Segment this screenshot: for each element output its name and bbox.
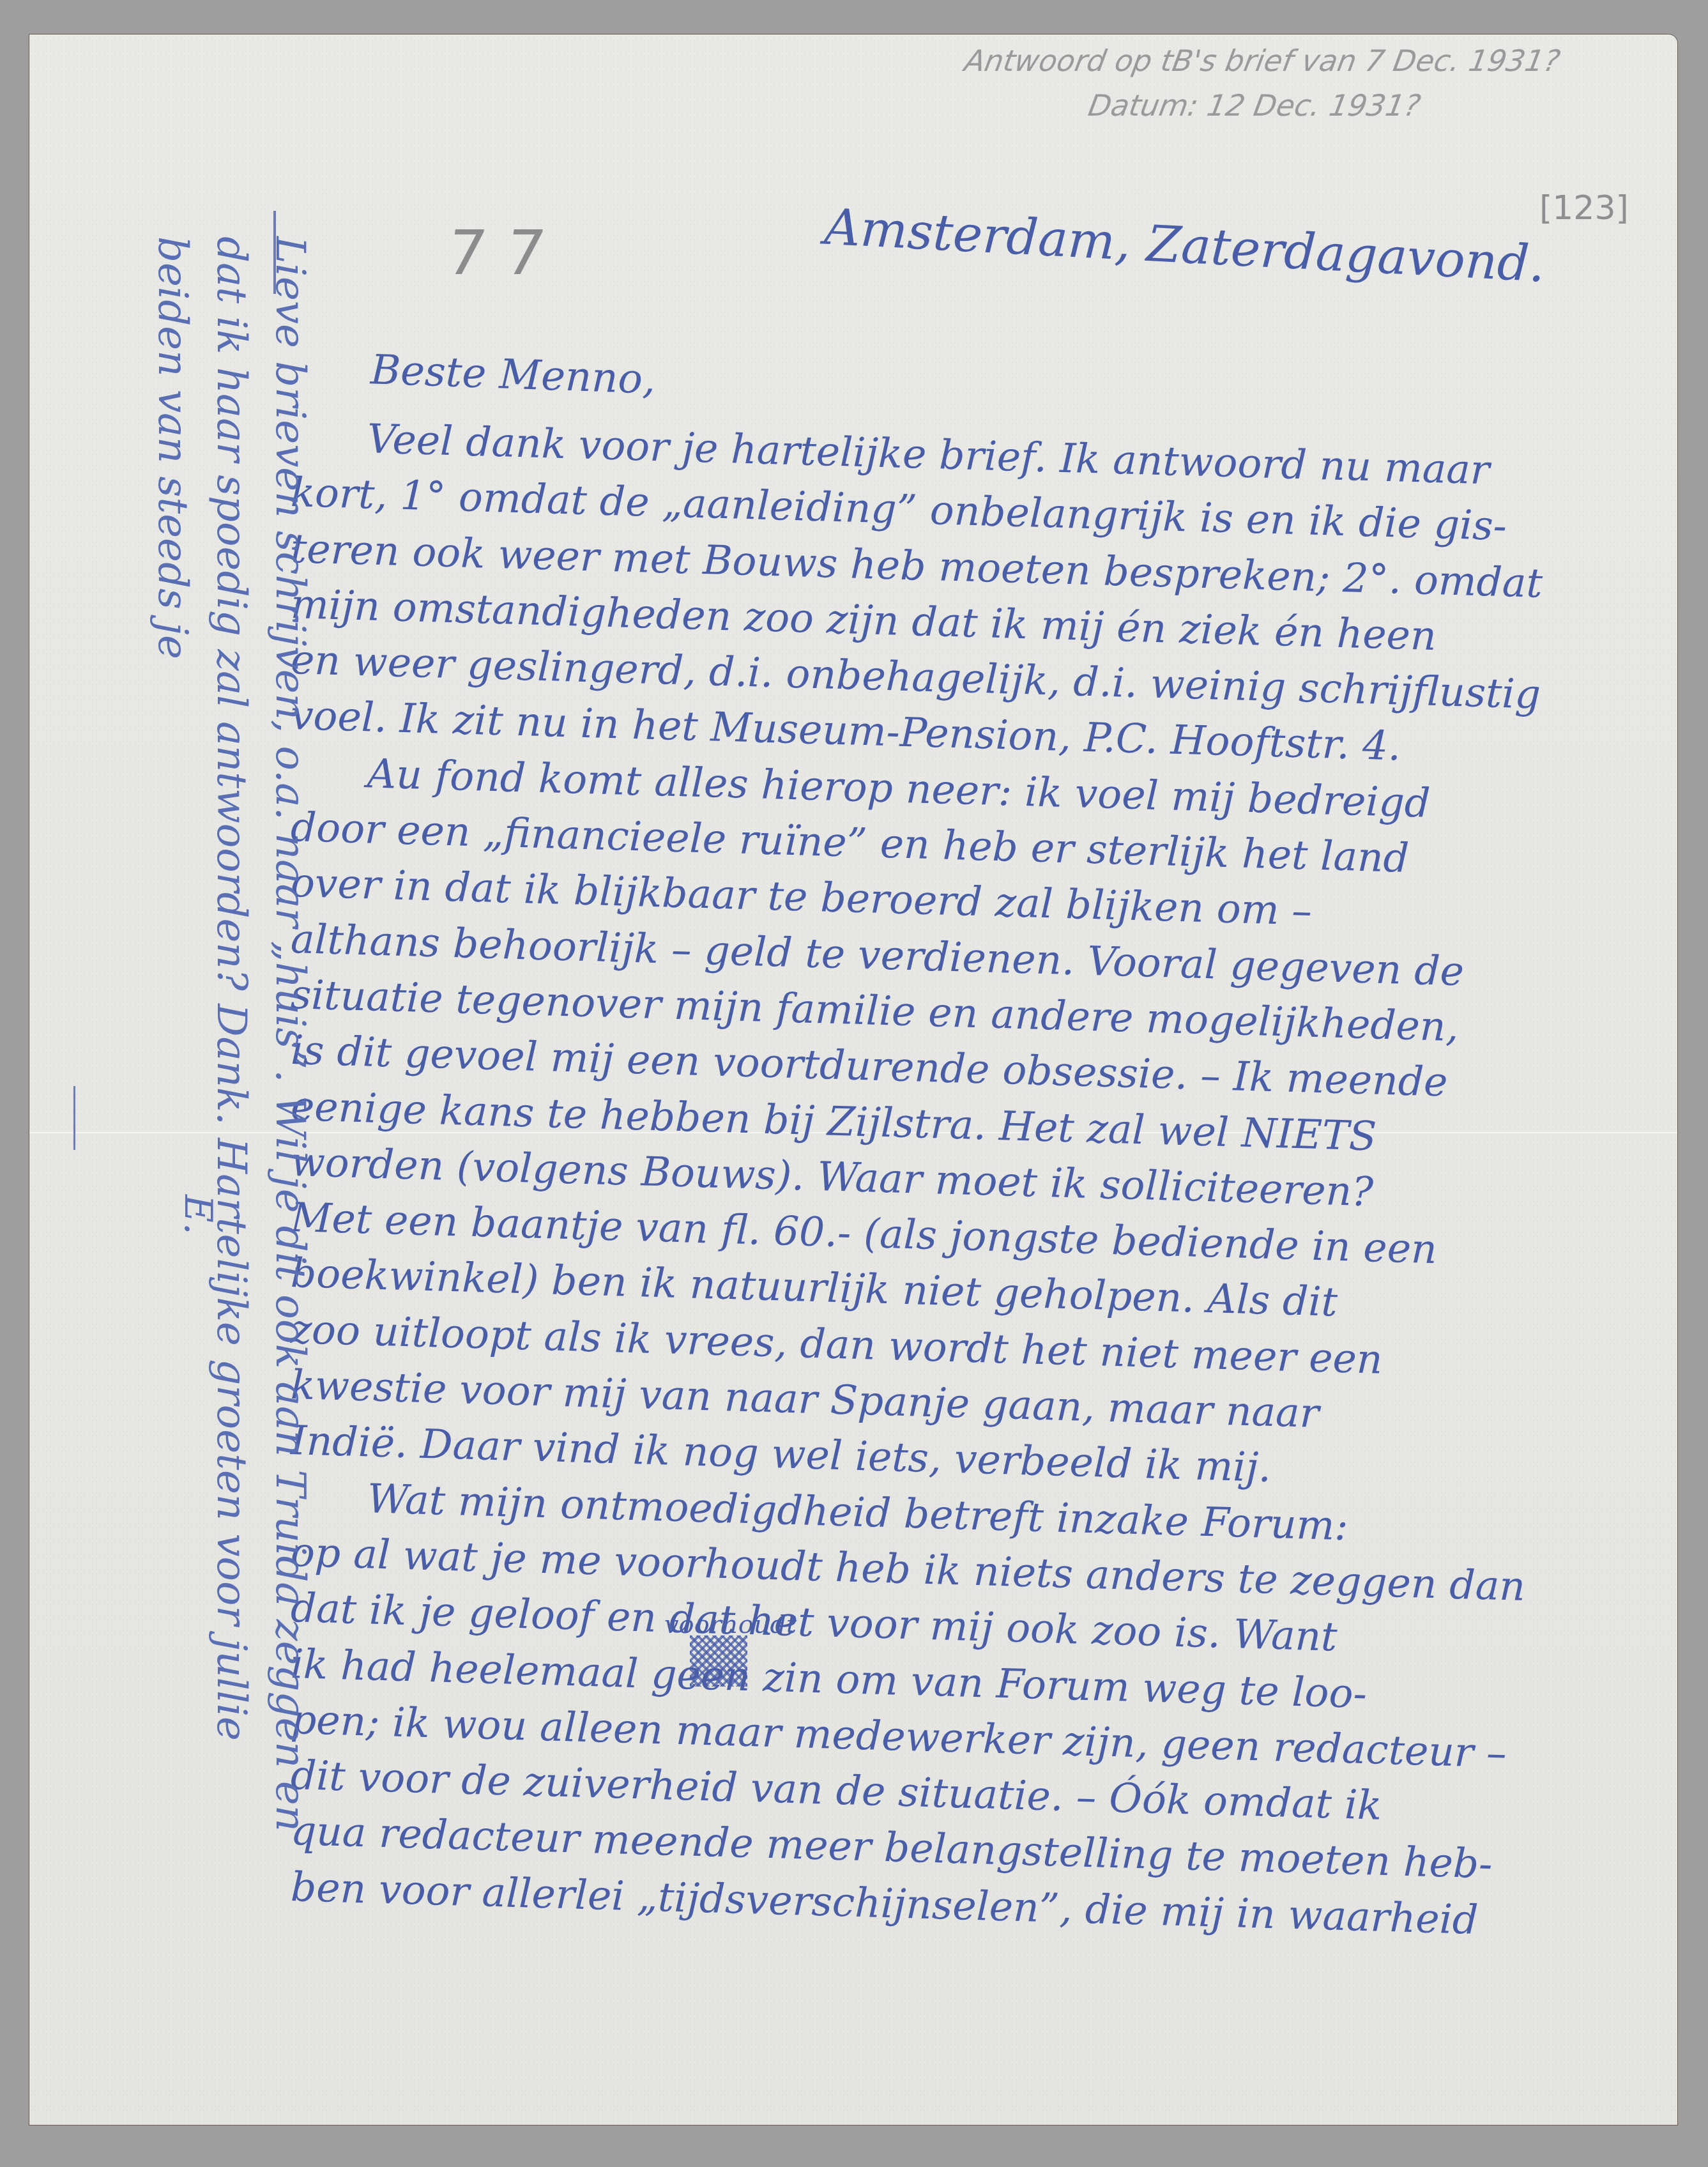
letter-body: Veel dank voor je hartelijke brief. Ik a…	[291, 409, 1654, 1915]
archive-note-line-1: Antwoord op tB's brief van 7 Dec. 1931?	[939, 38, 1585, 83]
margin-note: Lieve brieven schrijven, o.a. naar „huis…	[134, 236, 319, 2089]
archive-annotation: Antwoord op tB's brief van 7 Dec. 1931? …	[931, 38, 1586, 128]
salutation: Beste Menno,	[370, 346, 657, 404]
margin-note-line: beiden van steeds je	[143, 236, 202, 2089]
pencil-mark: 7 7	[442, 217, 549, 289]
signature: E.	[176, 1195, 220, 1246]
margin-note-line: Lieve brieven schrijven, o.a. naar „huis…	[261, 236, 319, 2089]
crossed-out-word	[690, 1635, 747, 1687]
folio-number: [123]	[1539, 189, 1629, 227]
signature-underline	[73, 1086, 75, 1150]
archive-note-line-2: Datum: 12 Dec. 1931?	[931, 83, 1578, 128]
margin-note-line: dat ik haar spoedig zal antwoorden? Dank…	[202, 236, 261, 2089]
